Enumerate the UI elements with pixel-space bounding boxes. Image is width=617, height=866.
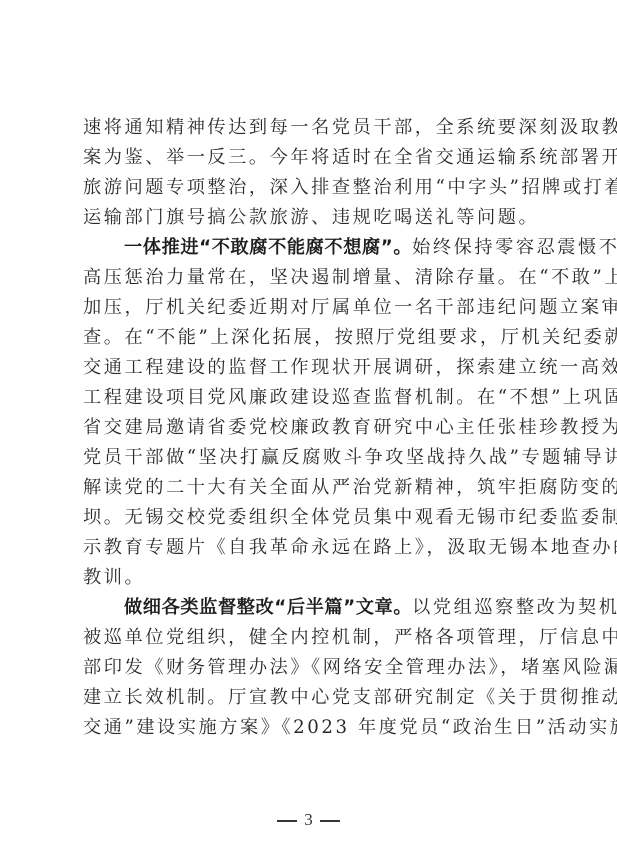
- dash-right: [320, 820, 340, 821]
- dash-left: [277, 820, 297, 821]
- text-line: 坝。无锡交校党委组织全体党员集中观看无锡市纪委监委制作的警: [83, 503, 543, 533]
- body-text: 速将通知精神传达到每一名党员干部，全系统要深刻汲取教训，以 案为鉴、举一反三。今…: [83, 113, 543, 743]
- section-heading-line: 做细各类监督整改“后半篇”文章。以党组巡察整改为契机，: [83, 593, 543, 623]
- text-line: 被巡单位党组织，健全内控机制，严格各项管理，厅信息中心党支: [83, 623, 543, 653]
- text-run: 始终保持零容忍震慑不变、: [412, 237, 617, 258]
- text-line: 解读党的二十大有关全面从严治党新精神，筑牢拒腐防变的思想堤: [83, 473, 543, 503]
- text-line: 交通”建设实施方案》《2023 年度党员“政治生日”活动实施方案》: [83, 713, 543, 743]
- text-line: 部印发《财务管理办法》《网络安全管理办法》，堵塞风险漏洞，: [83, 653, 543, 683]
- page-number: 3: [304, 810, 313, 829]
- text-line: 党员干部做“坚决打赢反腐败斗争攻坚战持久战”专题辅导讲座，: [83, 443, 543, 473]
- section-heading: 一体推进“不敢腐不能腐不想腐”。: [124, 237, 412, 258]
- text-line: 高压惩治力量常在，坚决遏制增量、清除存量。在“不敢”上持续: [83, 263, 543, 293]
- document-page: 速将通知精神传达到每一名党员干部，全系统要深刻汲取教训，以 案为鉴、举一反三。今…: [0, 0, 617, 866]
- text-run: 以党组巡察整改为契机，: [412, 597, 617, 618]
- page-footer: 3: [0, 810, 617, 830]
- text-line: 速将通知精神传达到每一名党员干部，全系统要深刻汲取教训，以: [83, 113, 543, 143]
- text-line: 旅游问题专项整治，深入排查整治利用“中字头”招牌或打着交通: [83, 173, 543, 203]
- text-line: 查。在“不能”上深化拓展，按照厅党组要求，厅机关纪委就全省: [83, 323, 543, 353]
- section-heading: 做细各类监督整改“后半篇”文章。: [124, 597, 412, 618]
- text-line: 交通工程建设的监督工作现状开展调研，探索建立统一高效的交通: [83, 353, 543, 383]
- text-line: 案为鉴、举一反三。今年将适时在全省交通运输系统部署开展公款: [83, 143, 543, 173]
- text-line: 教训。: [83, 563, 543, 593]
- text-line: 示教育专题片《自我革命永远在路上》，汲取无锡本地查办的案例: [83, 533, 543, 563]
- text-line: 加压，厅机关纪委近期对厅属单位一名干部违纪问题立案审查调: [83, 293, 543, 323]
- text-line: 省交建局邀请省委党校廉政教育研究中心主任张桂珍教授为全体: [83, 413, 543, 443]
- text-line: 建立长效机制。厅宣教中心党支部研究制定《关于贯彻推动“廉洁: [83, 683, 543, 713]
- section-heading-line: 一体推进“不敢腐不能腐不想腐”。始终保持零容忍震慑不变、: [83, 233, 543, 263]
- text-line: 运输部门旗号搞公款旅游、违规吃喝送礼等问题。: [83, 203, 543, 233]
- text-line: 工程建设项目党风廉政建设巡查监督机制。在“不想”上巩固提升，: [83, 383, 543, 413]
